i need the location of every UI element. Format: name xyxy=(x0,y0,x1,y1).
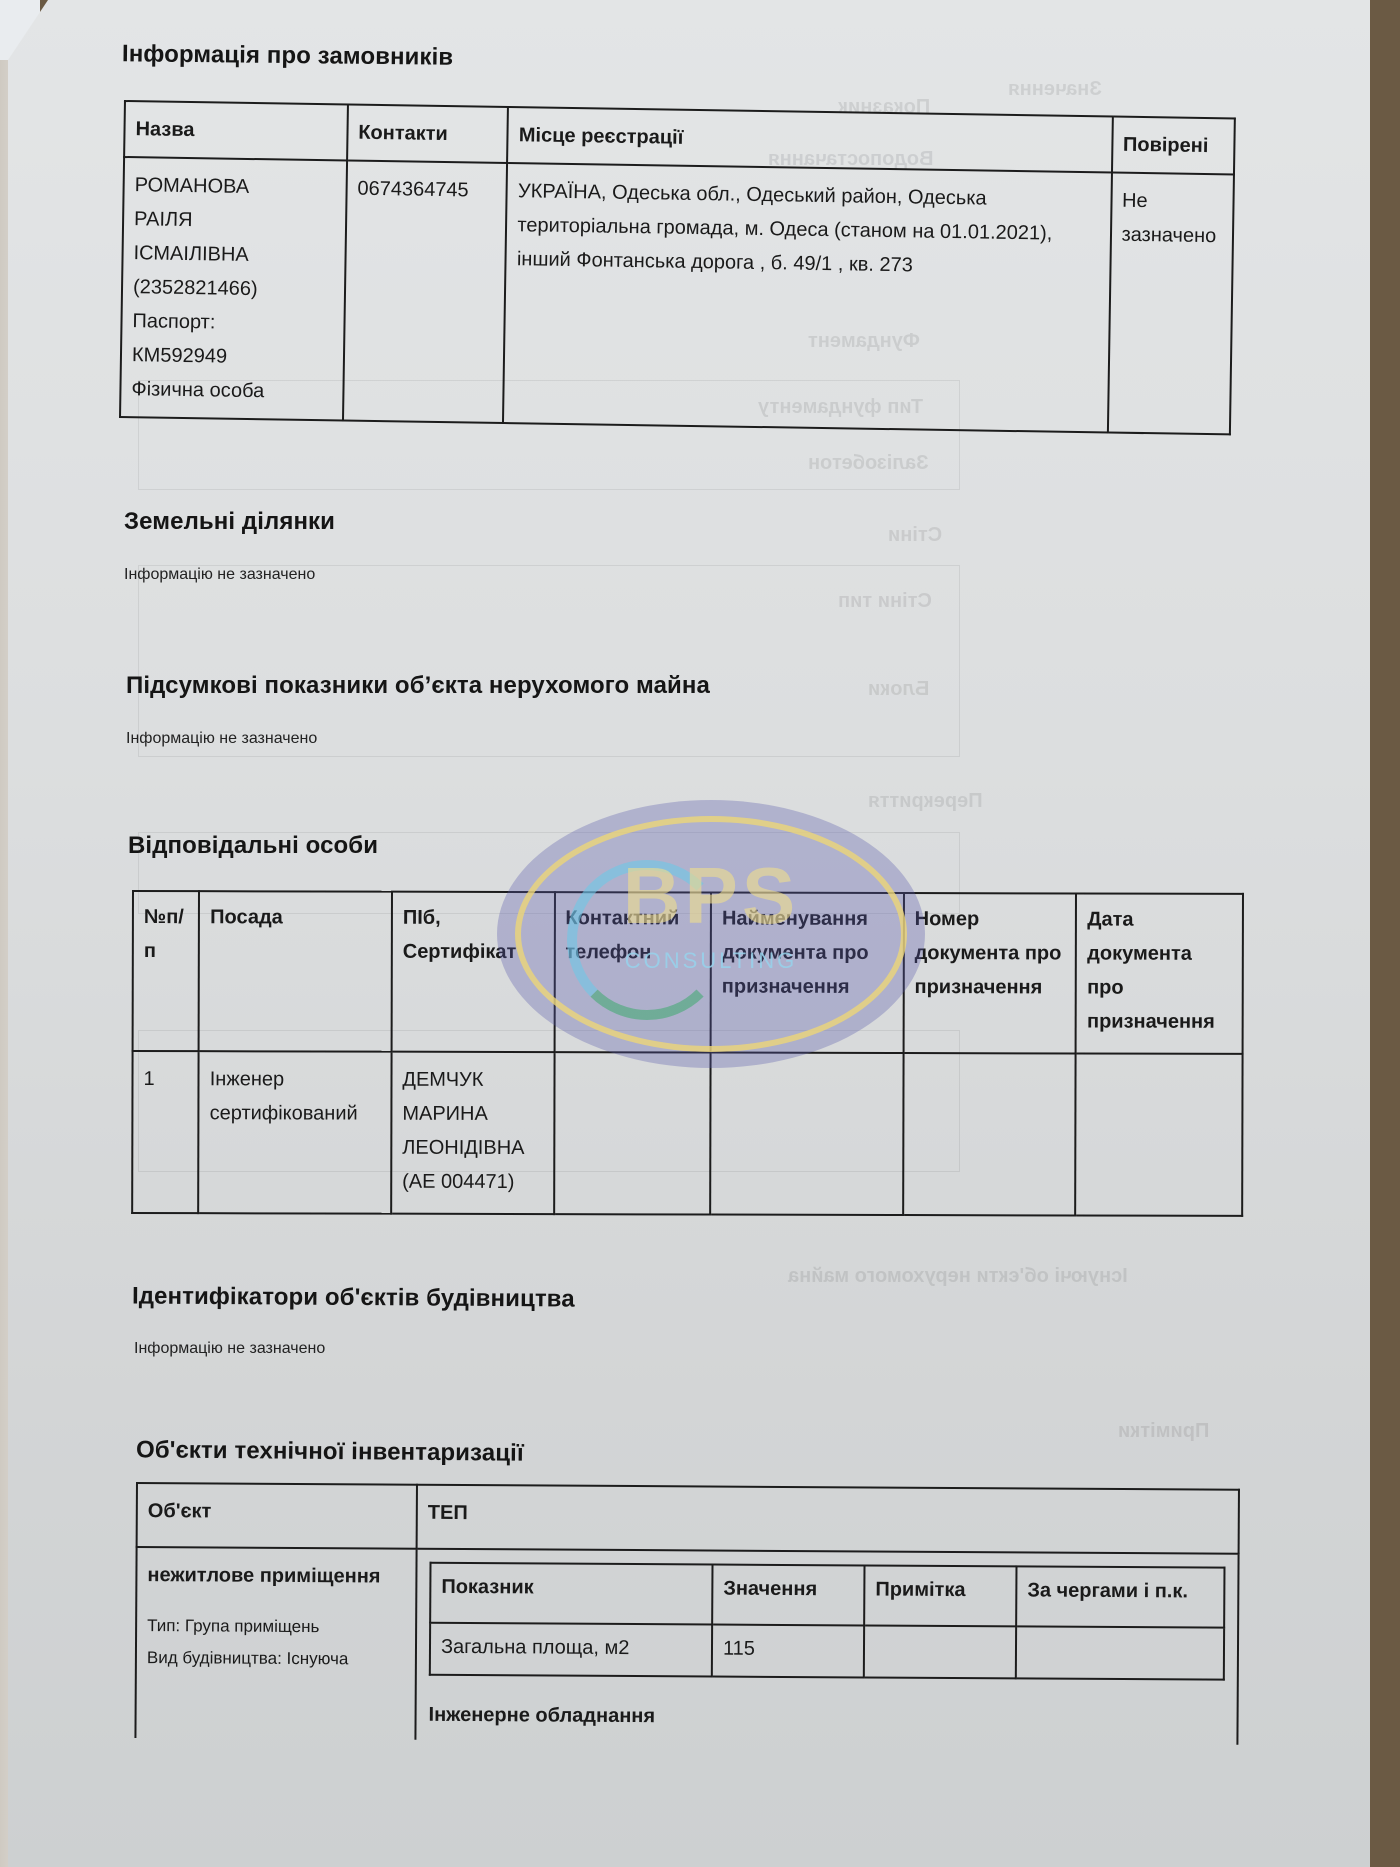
col-doc-date: Дата документа про призначення xyxy=(1076,893,1243,1053)
col-phone: Контактний телефон xyxy=(554,892,711,1052)
tep-indicator: Загальна площа, м2 xyxy=(430,1623,712,1677)
tep-col-value: Значення xyxy=(712,1565,864,1626)
customer-tax-id: (2352821466) xyxy=(133,270,334,307)
row-doc-number xyxy=(903,1053,1076,1215)
row-number: 1 xyxy=(132,1051,199,1213)
col-name-cert: ПІб, Сертифікат xyxy=(391,892,554,1052)
inventory-objects-table: Об'єкт ТЕП нежитлове приміщення Тип: Гру… xyxy=(134,1482,1240,1745)
col-registration: Місце реєстрації xyxy=(507,107,1112,172)
tep-header-row: Показник Значення Примітка За чергами і … xyxy=(430,1563,1224,1628)
row-name-cert: ДЕМЧУК МАРИНА ЛЕОНІДІВНА (АЕ 004471) xyxy=(391,1052,554,1214)
row-phone xyxy=(554,1052,711,1214)
row-position: Інженер сертифікований xyxy=(198,1051,391,1214)
table-header-row: Об'єкт ТЕП xyxy=(137,1483,1239,1554)
col-attorneys: Повірені xyxy=(1112,117,1235,175)
tep-col-indicator: Показник xyxy=(430,1563,712,1625)
customer-contacts-cell: 0674364745 xyxy=(343,161,508,423)
section-heading-construction-ids: Ідентифікатори об'єктів будівництва xyxy=(132,1282,575,1313)
responsible-persons-table: №п/п Посада ПІб, Сертифікат Контактний т… xyxy=(131,890,1244,1217)
customer-passport-number: КМ592949 xyxy=(132,338,333,375)
construction-ids-note: Інформацію не зазначено xyxy=(134,1340,325,1358)
document-content: Інформація про замовників Назва Контакти… xyxy=(0,0,1400,1867)
customer-person-type: Фізична особа xyxy=(131,372,332,409)
tep-value: 115 xyxy=(712,1625,864,1678)
customer-attorneys-cell: Не зазначено xyxy=(1107,173,1234,435)
col-tep: ТЕП xyxy=(417,1485,1239,1554)
col-number: №п/п xyxy=(133,891,200,1051)
tep-row: Загальна площа, м2 115 xyxy=(430,1623,1224,1680)
col-position: Посада xyxy=(199,891,392,1052)
customer-surname: РОМАНОВА xyxy=(134,168,335,205)
table-row: РОМАНОВА РАІЛЯ ІСМАІЛІВНА (2352821466) П… xyxy=(120,157,1234,434)
customers-table: Назва Контакти Місце реєстрації Повірені… xyxy=(119,100,1236,435)
table-header-row: №п/п Посада ПІб, Сертифікат Контактний т… xyxy=(133,891,1243,1054)
land-plots-note: Інформацію не зазначено xyxy=(124,566,315,584)
section-heading-inventory: Об'єкти технічної інвентаризації xyxy=(136,1436,524,1467)
tep-note xyxy=(864,1625,1016,1678)
tep-table: Показник Значення Примітка За чергами і … xyxy=(429,1562,1226,1681)
customer-passport-label: Паспорт: xyxy=(132,304,333,341)
object-construction-kind: Вид будівництва: Існуюча xyxy=(147,1642,405,1676)
engineering-equipment-subheading: Інженерне обладнання xyxy=(428,1698,1224,1737)
col-doc-name: Найменування документа про призначення xyxy=(711,893,904,1054)
tep-by-stage xyxy=(1016,1626,1224,1679)
summary-note: Інформацію не зазначено xyxy=(126,730,317,748)
col-doc-number: Номер документа про призначення xyxy=(903,893,1076,1053)
section-heading-land-plots: Земельні ділянки xyxy=(124,508,335,536)
tep-col-note: Примітка xyxy=(864,1565,1016,1626)
section-heading-responsible: Відповідальні особи xyxy=(128,832,378,860)
row-doc-name xyxy=(710,1053,903,1216)
section-heading-customers: Інформація про замовників xyxy=(122,40,453,71)
row-doc-date xyxy=(1076,1053,1243,1215)
col-contacts: Контакти xyxy=(347,105,508,164)
customer-patronymic: ІСМАІЛІВНА xyxy=(133,236,334,273)
object-name: нежитлове приміщення xyxy=(147,1558,405,1594)
col-name: Назва xyxy=(124,101,348,160)
object-type: Тип: Група приміщень xyxy=(147,1610,405,1644)
section-heading-summary: Підсумкові показники об’єкта нерухомого … xyxy=(126,672,710,700)
table-row: 1 Інженер сертифікований ДЕМЧУК МАРИНА Л… xyxy=(132,1051,1242,1216)
col-object: Об'єкт xyxy=(137,1483,417,1549)
tep-col-by-stage: За чергами і п.к. xyxy=(1016,1566,1224,1627)
customer-registration-cell: УКРАЇНА, Одеська обл., Одеський район, О… xyxy=(503,163,1111,432)
customer-name-cell: РОМАНОВА РАІЛЯ ІСМАІЛІВНА (2352821466) П… xyxy=(120,157,347,420)
object-cell: нежитлове приміщення Тип: Група приміщен… xyxy=(135,1547,416,1740)
table-row: нежитлове приміщення Тип: Група приміщен… xyxy=(135,1547,1238,1745)
customer-first-name: РАІЛЯ xyxy=(134,202,335,239)
tep-cell: Показник Значення Примітка За чергами і … xyxy=(415,1549,1238,1745)
